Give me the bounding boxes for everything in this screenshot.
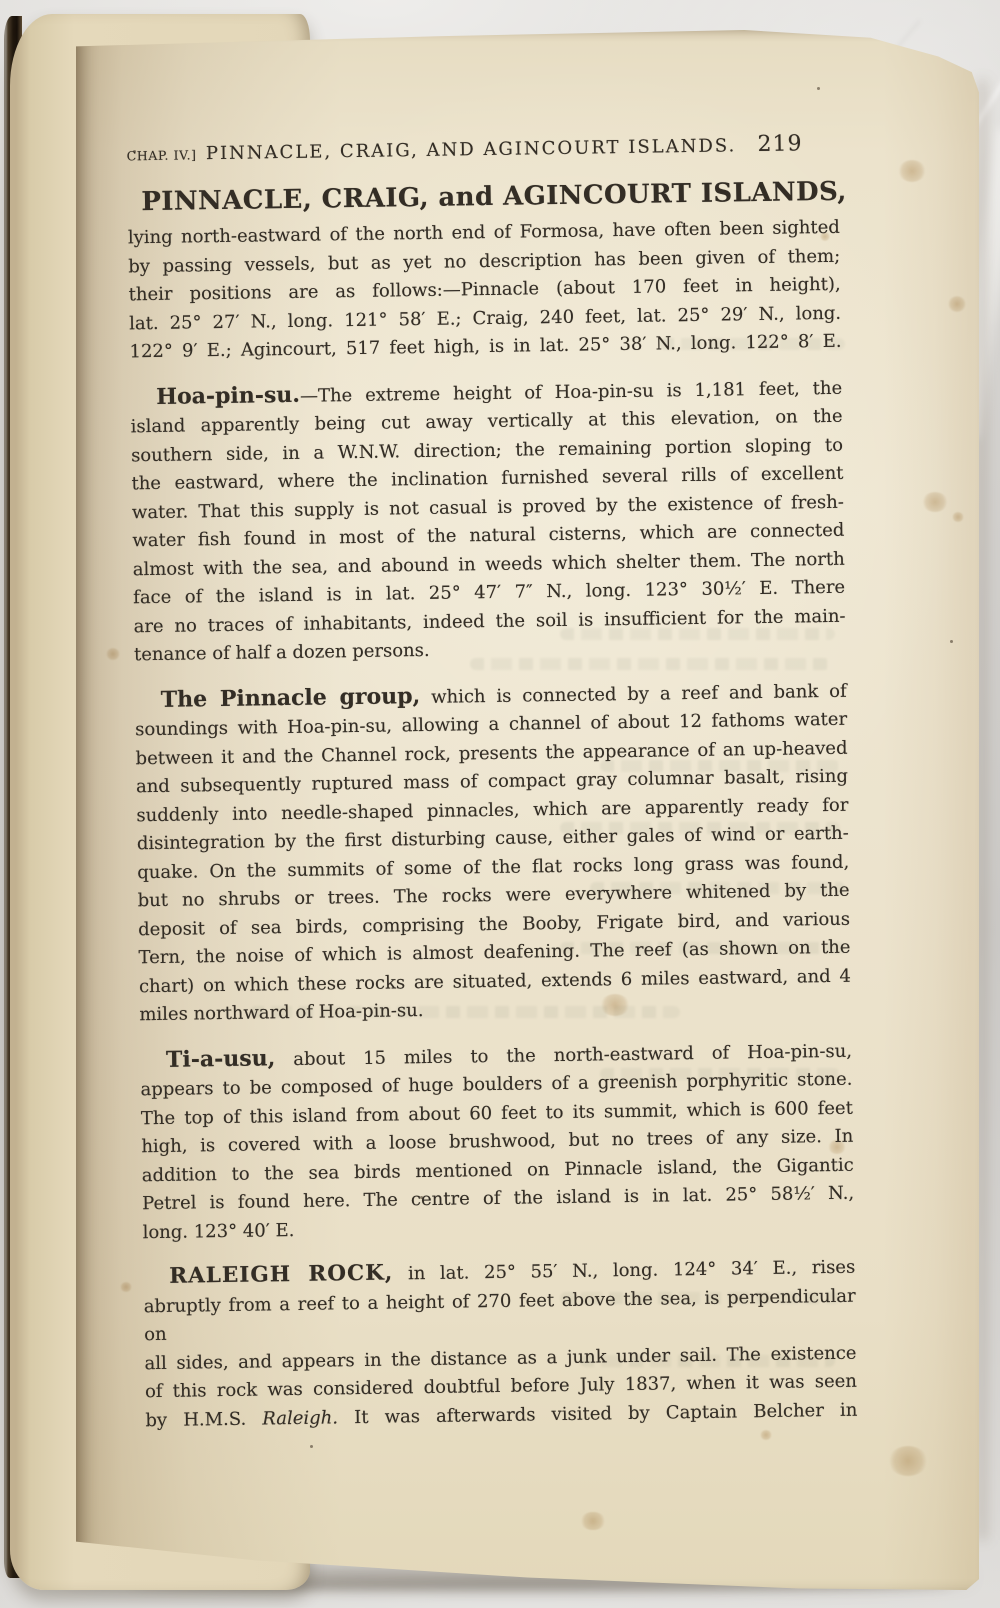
paragraph-lead: RALEIGH ROCK, bbox=[169, 1261, 393, 1289]
paper-speck bbox=[950, 640, 953, 643]
page-number: 219 bbox=[757, 131, 802, 157]
foxing-stain bbox=[580, 1512, 606, 1530]
printed-text: CHAP. IV.] PINNACLE, CRAIG, AND AGINCOUR… bbox=[126, 131, 857, 1435]
text-line: abruptly from a reef to a height of 270 … bbox=[144, 1282, 857, 1350]
chapter-label: CHAP. IV.] bbox=[127, 147, 197, 163]
foxing-stain bbox=[952, 512, 964, 522]
foxing-stain bbox=[120, 1282, 132, 1292]
running-header: CHAP. IV.] PINNACLE, CRAIG, AND AGINCOUR… bbox=[126, 131, 802, 166]
foxing-stain bbox=[760, 1430, 772, 1440]
paragraph-pinnacle-craig-agincourt-islands: PINNACLE, CRAIG, and AGINCOURT ISLANDS,l… bbox=[127, 172, 842, 367]
book-photo: { "colors": { "paper": "#ece3cd", "ink":… bbox=[0, 0, 1000, 1608]
running-title: PINNACLE, CRAIG, AND AGINCOURT ISLANDS. bbox=[206, 135, 737, 164]
paragraph-ti-a-usu: Ti-a-usu, about 15 miles to the north-ea… bbox=[140, 1035, 855, 1247]
paper-speck bbox=[310, 1445, 313, 1448]
foxing-stain bbox=[922, 492, 948, 512]
paragraph-the-pinnacle-group: The Pinnacle group, which is connected b… bbox=[135, 675, 852, 1030]
paragraph-lead: Ti-a-usu, bbox=[166, 1045, 276, 1073]
page-text: PINNACLE, CRAIG, and AGINCOURT ISLANDS,l… bbox=[127, 172, 858, 1435]
paragraph-raleigh-rock: RALEIGH ROCK, in lat. 25° 55′ N., long. … bbox=[143, 1253, 857, 1436]
paper-speck bbox=[817, 87, 820, 90]
foxing-stain bbox=[948, 296, 966, 312]
foxing-stain bbox=[106, 648, 120, 660]
book-page: CHAP. IV.] PINNACLE, CRAIG, AND AGINCOUR… bbox=[76, 30, 979, 1590]
paragraph-hoa-pin-su: Hoa-pin-su.—The extreme height of Hoa-pi… bbox=[130, 372, 846, 670]
paragraph-lead: Hoa-pin-su. bbox=[156, 381, 300, 409]
foxing-stain bbox=[888, 1446, 928, 1476]
paragraph-lead: The Pinnacle group, bbox=[161, 683, 421, 713]
foxing-stain bbox=[898, 160, 926, 182]
